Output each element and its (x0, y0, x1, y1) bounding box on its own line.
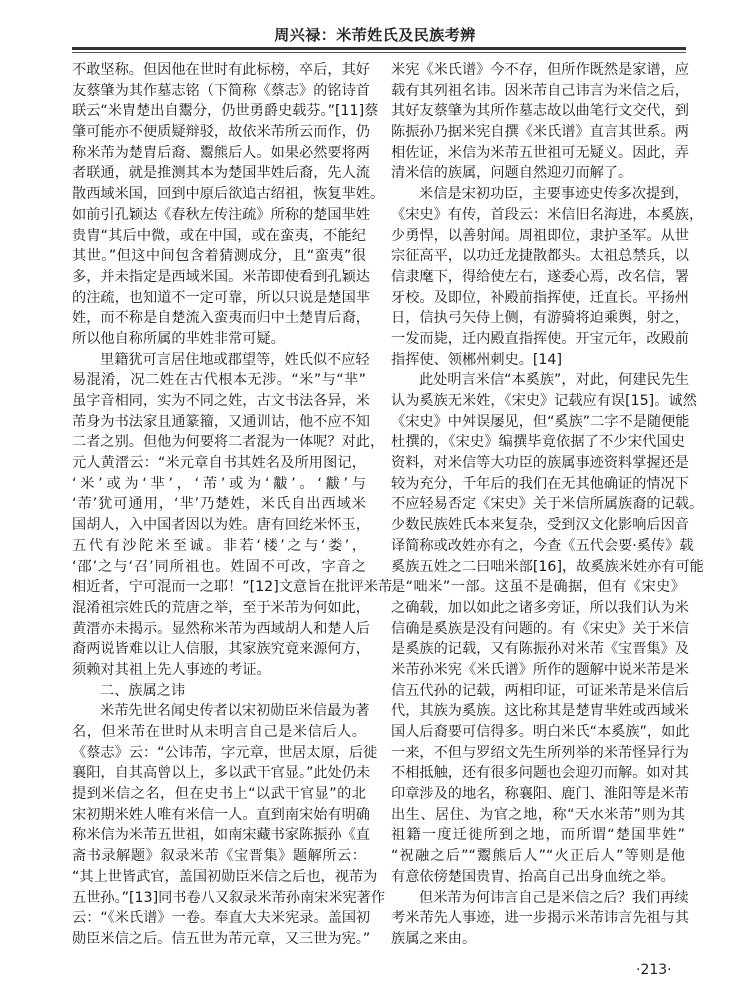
text-line: 代，其族为奚族。这比称其是楚胄芈姓或西域米 (391, 701, 685, 722)
section-heading: 二、族属之讳 (72, 681, 366, 702)
text-line: 牙校。及即位，补殿前指挥使，迁直长。平扬州 (391, 288, 685, 309)
text-line: 裔两说皆难以让人信服，其家族究竟来源何方， (72, 639, 366, 660)
text-line: 肇可能亦不便质疑辩驳，故依米芾所云而作，仍 (72, 122, 366, 143)
header-rule-thin (72, 52, 686, 53)
text-line: 米芾孙米宪《米氏谱》所作的题解中说米芾是米 (391, 660, 685, 681)
text-line: 称米信为米芾五世祖，如南宋藏书家陈振孙《直 (72, 825, 366, 846)
text-line: 提到米信之名，但在史书上“以武干官显”的北 (72, 784, 366, 805)
text-line: 米信是宋初功臣，主要事迹史传多次提到， (391, 184, 685, 205)
text-line: “祝融之后”“鬻熊后人”“火正后人”等则是他 (391, 846, 685, 867)
text-line: 是“咄米”一部。这虽不是确据，但有《宋史》 (391, 577, 685, 598)
text-line: 祖籍一度迁徙所到之地，而所谓“楚国芈姓” (391, 825, 685, 846)
text-line: 少勇悍，以善射闻。周祖即位，隶护圣军。从世 (391, 226, 685, 247)
text-line: 国胡人，入中国者因以为姓。唐有回纥米怀玉， (72, 515, 366, 536)
text-line: 奚族五姓之二曰咄米部[16]，故奚族米姓亦有可能 (391, 557, 685, 578)
text-line: 杜撰的，《宋史》编撰毕竟依据了不少宋代国史 (391, 432, 685, 453)
text-line: 五世孙。”[13]同书卷八又叙录米芾孙南宋米宪著作 (72, 888, 366, 909)
text-line: 米芾先世名闻史传者以宋初勋臣米信最为著 (72, 701, 366, 722)
text-line: 国人后裔要可信得多。明白米氏“本奚族”，如此 (391, 722, 685, 743)
text-line: 族属之来由。 (391, 929, 685, 950)
text-line: 联云“米胄楚出自鬻分，仍世勇爵史载芬。”[11]蔡 (72, 101, 366, 122)
text-line: 混淆祖宗姓氏的荒唐之举，至于米芾为何如此， (72, 598, 366, 619)
text-line: 襄阳，自其高曾以上，多以武干官显。”此处仍未 (72, 763, 366, 784)
text-line: 勋臣米信之后。信五世为芾元章，又三世为宪。” (72, 929, 366, 950)
text-line: 米宪《米氏谱》今不存，但所作既然是家谱，应 (391, 60, 685, 81)
text-line: 者联通，就是推测其本为楚国芈姓后裔，先人流 (72, 163, 366, 184)
page-number: ·213· (636, 962, 672, 978)
text-line: 斋书录解题》叙录米芾《宝晋集》题解所云： (72, 846, 366, 867)
text-line: 散西域米国，回到中原后欲追古绍祖，恢复芈姓。 (72, 184, 366, 205)
text-line: 所以他自称所属的芈姓非常可疑。 (72, 329, 366, 350)
text-line: 清米信的族属，问题自然迎刃而解了。 (391, 163, 685, 184)
text-line: 宋初期米姓人唯有米信一人。直到南宋始有明确 (72, 805, 366, 826)
text-line: 二者之别。但他为何要将二者混为一体呢？对此， (72, 432, 366, 453)
text-line: ‘芾’犹可通用，‘芈’乃楚姓，米氏自出西域米 (72, 494, 366, 515)
text-line: 云：“《米氏谱》一卷。奉直大夫米宪录。盖国初 (72, 908, 366, 929)
text-line: 如前引孔颖达《春秋左传注疏》所称的楚国芈姓 (72, 205, 366, 226)
text-line: 元人黄溍云：“米元章自书其姓名及所用图记， (72, 453, 366, 474)
text-line: 少数民族姓氏本来复杂，受到汉文化影响后因音 (391, 515, 685, 536)
text-line: 载有其列祖名讳。因米芾自己讳言为米信之后， (391, 81, 685, 102)
text-line: 其世。”但这中间包含着猜测成分，且“蛮夷”很 (72, 246, 366, 267)
text-line: 《蔡志》云：“公讳芾，字元章，世居太原，后徙 (72, 743, 366, 764)
text-line: 《宋史》有传，首段云：米信旧名海进，本奚族， (391, 205, 685, 226)
right-column: 米宪《米氏谱》今不存，但所作既然是家谱，应载有其列祖名讳。因米芾自己讳言为米信之… (391, 60, 685, 950)
header-rule-thick (72, 47, 686, 50)
text-line: 一来，不但与罗绍文先生所列举的米芾怪异行为 (391, 743, 685, 764)
text-line: 陈振孙乃据米宪自撰《米氏谱》直言其世系。两 (391, 122, 685, 143)
text-line: 的注疏，也知道不一定可靠，所以只说是楚国芈 (72, 288, 366, 309)
text-line: 此处明言米信“本奚族”，对此，何建民先生 (391, 370, 685, 391)
text-line: 虽字音相同，实为不同之姓，古文书法各异，米 (72, 391, 366, 412)
text-line: 印章涉及的地名，称襄阳、鹿门、淮阳等是米芾 (391, 784, 685, 805)
text-line: 不敢坚称。但因他在世时有此标榜，卒后，其好 (72, 60, 366, 81)
text-line: 较为充分，千年后的我们在无其他确证的情况下 (391, 474, 685, 495)
text-line: 须赖对其祖上先人事迹的考证。 (72, 660, 366, 681)
text-line: 不应轻易否定《宋史》关于米信所属族裔的记载。 (391, 494, 685, 515)
text-line: 里籍犹可言居住地或郡望等，姓氏似不应轻 (72, 350, 366, 371)
text-line: 相佐证，米信为米芾五世祖可无疑义。因此，弄 (391, 143, 685, 164)
text-line: 称米芾为楚胄后裔、鬻熊后人。如果必然要将两 (72, 143, 366, 164)
text-line: 《宋史》中舛误屡见，但“奚族”二字不是随便能 (391, 412, 685, 433)
text-line: 有意依傍楚国贵胄、抬高自己出身血统之举。 (391, 867, 685, 888)
text-line: 五代有沙陀米至诚。非若‘楼’之与‘娄’， (72, 536, 366, 557)
text-line: 多，并未指定是西域米国。米芾即使看到孔颖达 (72, 267, 366, 288)
text-line: 日，信执弓矢侍上侧，有游骑将迫乘舆，射之， (391, 308, 685, 329)
text-line: 芾身为书法家且通篆籀，又通训诂，他不应不知 (72, 412, 366, 433)
text-line: 相近者，宁可混而一之耶！”[12]文意旨在批评米芾 (72, 577, 366, 598)
text-line: 认为奚族无米姓，《宋史》记载应有误[15]。诚然 (391, 391, 685, 412)
text-line: 但米芾为何讳言自己是米信之后？我们再续 (391, 888, 685, 909)
text-line: ‘米’或为‘芈’，‘芾’或为‘黻’。‘黻’与 (72, 474, 366, 495)
text-line: ‘邵’之与‘召’同所祖也。姓固不可改，字音之 (72, 557, 366, 578)
text-line: 信隶麾下，得给使左右，遂委心焉，改名信，署 (391, 267, 685, 288)
text-line: 出生、居住、为官之地，称“天水米芾”则为其 (391, 805, 685, 826)
text-line: 考米芾先人事迹，进一步揭示米芾讳言先祖与其 (391, 908, 685, 929)
text-line: 一发而毙，迁内殿直指挥使。开宝元年，改殿前 (391, 329, 685, 350)
text-line: 指挥使、领郴州刺史。[14] (391, 350, 685, 371)
text-line: 之确载，加以如此之诸多旁证，所以我们认为米 (391, 598, 685, 619)
running-head: 周兴禄：米芾姓氏及民族考辨 (0, 24, 750, 45)
text-line: 是奚族的记载，又有陈振孙对米芾《宝晋集》及 (391, 639, 685, 660)
text-line: 资料，对米信等大功臣的族属事迹资料掌握还是 (391, 453, 685, 474)
text-line: 易混淆，况二姓在古代根本无涉。“米”与“芈” (72, 370, 366, 391)
text-line: 名，但米芾在世时从未明言自己是米信后人。 (72, 722, 366, 743)
text-line: 信五代孙的记载，两相印证，可证米芾是米信后 (391, 681, 685, 702)
text-line: 友蔡肇为其作墓志铭（下简称《蔡志》的铭诗首 (72, 81, 366, 102)
text-line: 不相抵触，还有很多问题也会迎刃而解。如对其 (391, 763, 685, 784)
text-line: 贵胄“其后中微，或在中国，或在蛮夷，不能纪 (72, 226, 366, 247)
text-line: 姓，而不称是自楚流入蛮夷而归中土楚胄后裔， (72, 308, 366, 329)
text-line: 其好友蔡肇为其所作墓志故以曲笔行文交代，到 (391, 101, 685, 122)
left-column: 不敢坚称。但因他在世时有此标榜，卒后，其好友蔡肇为其作墓志铭（下简称《蔡志》的铭… (72, 60, 366, 950)
text-line: 黄溍亦未揭示。显然称米芾为西域胡人和楚人后 (72, 619, 366, 640)
text-line: 信确是奚族是没有问题的。有《宋史》关于米信 (391, 619, 685, 640)
text-line: 宗征高平，以功迁龙捷散都头。太祖总禁兵，以 (391, 246, 685, 267)
text-line: “其上世皆武官，盖国初勋臣米信之后也，视芾为 (72, 867, 366, 888)
text-line: 译简称或改姓亦有之，今查《五代会要·奚传》载 (391, 536, 685, 557)
